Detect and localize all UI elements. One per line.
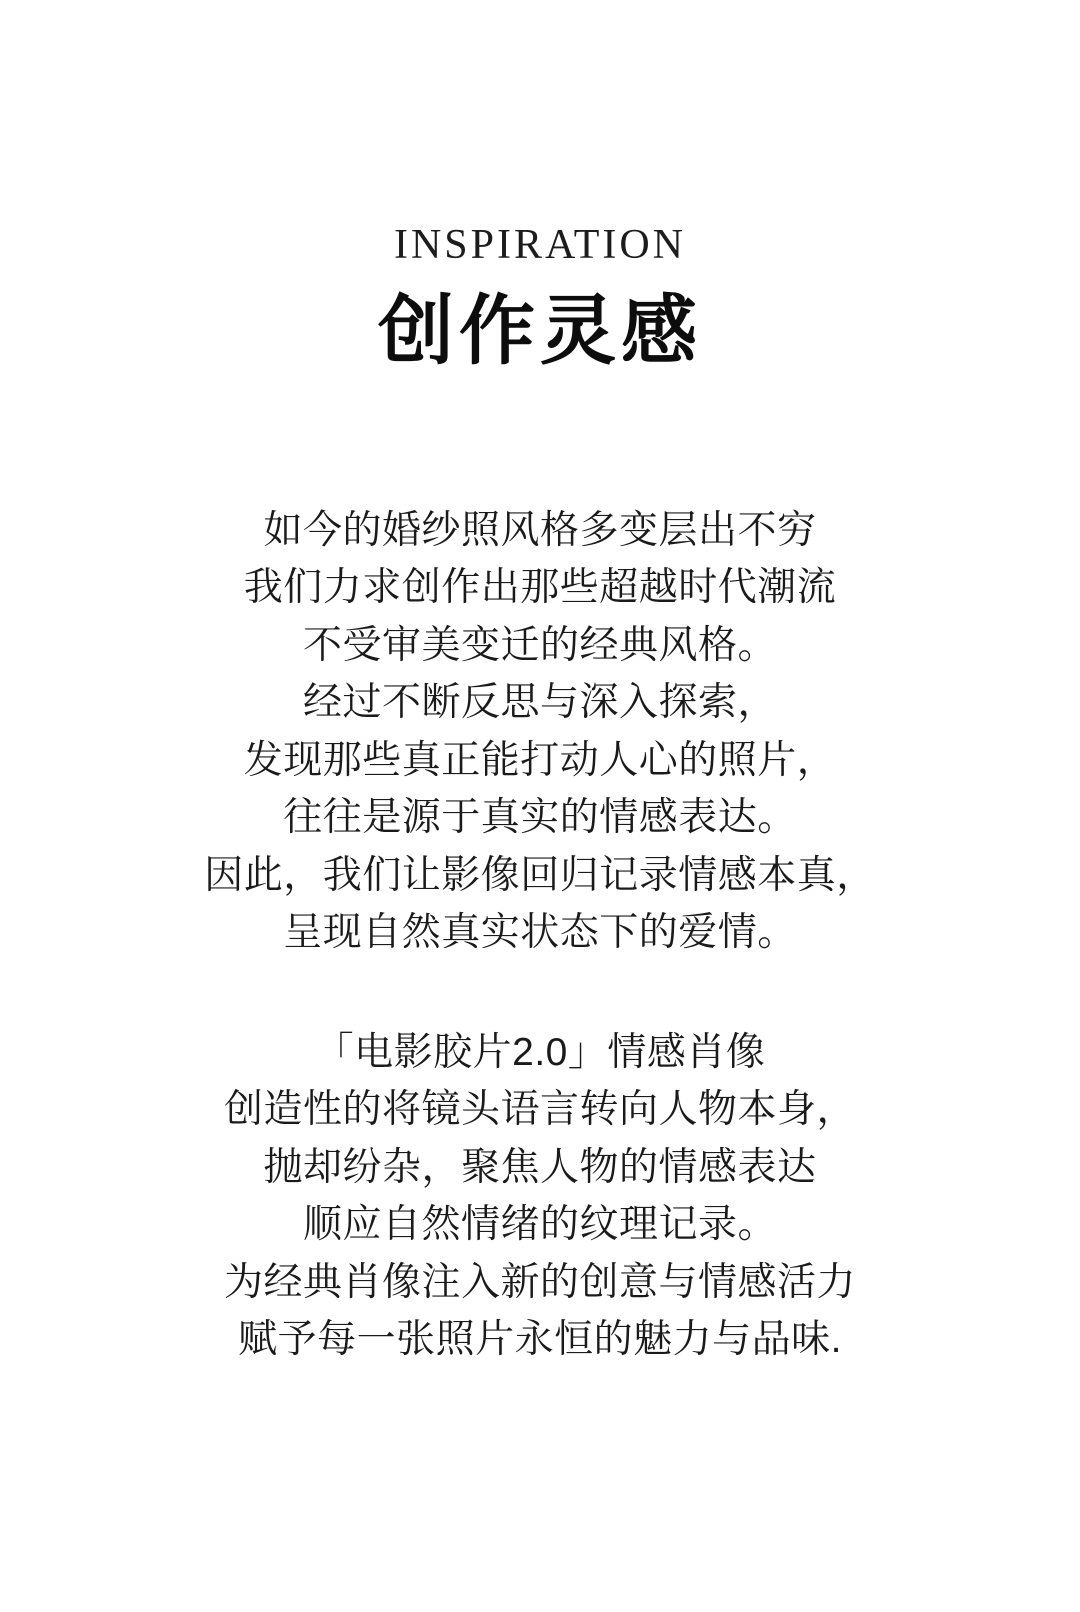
film-style-line: 赋予每一张照片永恒的魅力与品味.: [0, 1311, 1080, 1369]
film-style-line: 创造性的将镜头语言转向人物本身，: [0, 1081, 1080, 1139]
intro-line: 发现那些真正能打动人心的照片，: [0, 732, 1080, 790]
intro-line: 因此，我们让影像回归记录情感本真，: [0, 847, 1080, 905]
page-title: 创作灵感: [0, 292, 1080, 372]
intro-line: 不受审美变迁的经典风格。: [0, 617, 1080, 675]
intro-paragraph: 如今的婚纱照风格多变层出不穷 我们力求创作出那些超越时代潮流 不受审美变迁的经典…: [0, 502, 1080, 962]
film-style-paragraph: 「电影胶片2.0」情感肖像 创造性的将镜头语言转向人物本身， 抛却纷杂，聚焦人物…: [0, 1024, 1080, 1369]
film-style-line: 为经典肖像注入新的创意与情感活力: [0, 1254, 1080, 1312]
eyebrow-title: INSPIRATION: [0, 0, 1080, 266]
intro-line: 往往是源于真实的情感表达。: [0, 789, 1080, 847]
intro-line: 我们力求创作出那些超越时代潮流: [0, 559, 1080, 617]
intro-line: 呈现自然真实状态下的爱情。: [0, 904, 1080, 962]
film-style-line: 「电影胶片2.0」情感肖像: [0, 1024, 1080, 1082]
inspiration-page: INSPIRATION 创作灵感 如今的婚纱照风格多变层出不穷 我们力求创作出那…: [0, 0, 1080, 1612]
intro-line: 经过不断反思与深入探索，: [0, 674, 1080, 732]
film-style-line: 顺应自然情绪的纹理记录。: [0, 1196, 1080, 1254]
intro-line: 如今的婚纱照风格多变层出不穷: [0, 502, 1080, 560]
film-style-line: 抛却纷杂，聚焦人物的情感表达: [0, 1139, 1080, 1197]
